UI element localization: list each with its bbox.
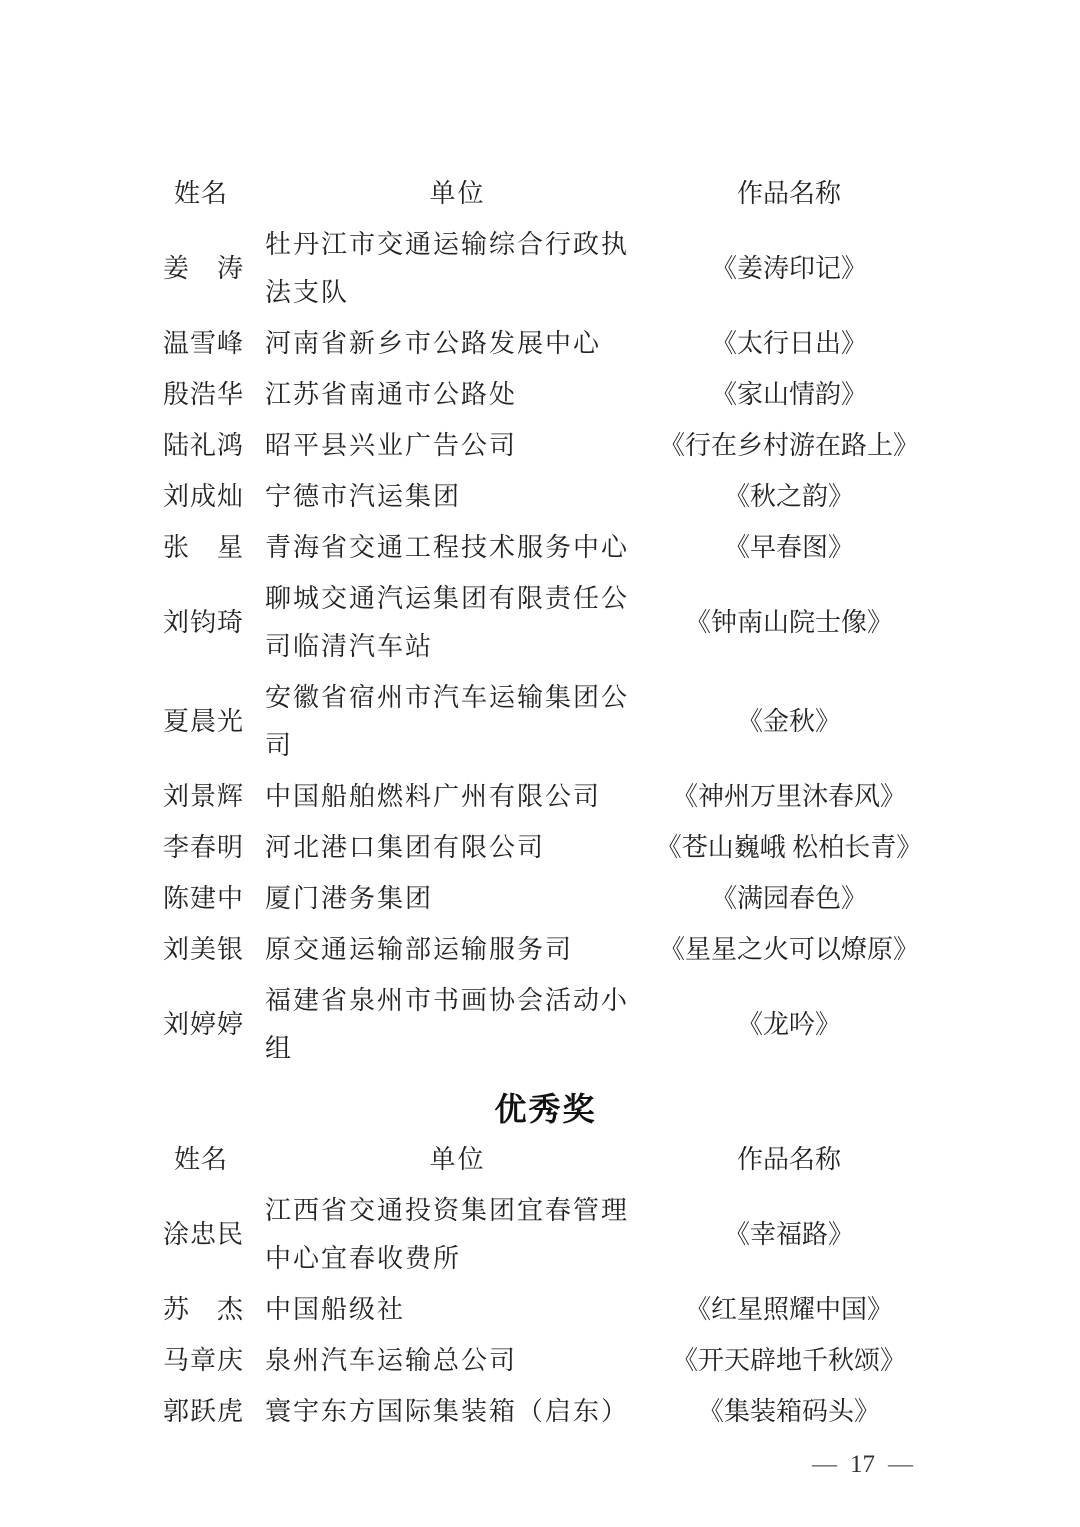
section-heading-excellence-award: 优秀奖 xyxy=(163,1085,928,1133)
page-number: 17 xyxy=(850,1450,875,1480)
unit-cell: 河北港口集团有限公司 xyxy=(265,824,650,872)
table-row: 刘美银 原交通运输部运输服务司 《星星之火可以燎原》 xyxy=(163,926,928,974)
work-title-cell: 《星星之火可以燎原》 xyxy=(650,926,928,974)
document-page: 姓名 单位 作品名称 姜 涛 牡丹江市交通运输综合行政执法支队 《姜涛印记》 温… xyxy=(0,0,1080,1527)
column-header-name: 姓名 xyxy=(163,1136,265,1184)
table-row: 陆礼鸿 昭平县兴业广告公司 《行在乡村游在路上》 xyxy=(163,422,928,470)
unit-cell: 昭平县兴业广告公司 xyxy=(265,422,650,470)
table-row: 刘婷婷 福建省泉州市书画协会活动小组 《龙吟》 xyxy=(163,977,928,1073)
name-cell: 夏晨光 xyxy=(163,698,265,746)
table-row: 涂忠民 江西省交通投资集团宜春管理中心宜春收费所 《幸福路》 xyxy=(163,1187,928,1283)
unit-cell: 江西省交通投资集团宜春管理中心宜春收费所 xyxy=(265,1187,650,1283)
unit-cell: 原交通运输部运输服务司 xyxy=(265,926,650,974)
work-title-cell: 《太行日出》 xyxy=(650,320,928,368)
unit-cell: 福建省泉州市书画协会活动小组 xyxy=(265,977,650,1073)
award-table-first: 姓名 单位 作品名称 姜 涛 牡丹江市交通运输综合行政执法支队 《姜涛印记》 温… xyxy=(163,170,928,1073)
name-cell: 温雪峰 xyxy=(163,320,265,368)
column-header-work: 作品名称 xyxy=(650,170,928,218)
name-cell: 刘美银 xyxy=(163,926,265,974)
table-row: 陈建中 厦门港务集团 《满园春色》 xyxy=(163,875,928,923)
work-title-cell: 《秋之韵》 xyxy=(650,473,928,521)
page-content: 姓名 单位 作品名称 姜 涛 牡丹江市交通运输综合行政执法支队 《姜涛印记》 温… xyxy=(163,170,928,1480)
work-title-cell: 《苍山巍峨 松柏长青》 xyxy=(650,824,928,872)
name-cell: 刘景辉 xyxy=(163,773,265,821)
table-row: 刘钧琦 聊城交通汽运集团有限责任公司临清汽车站 《钟南山院士像》 xyxy=(163,575,928,671)
unit-cell: 泉州汽车运输总公司 xyxy=(265,1337,650,1385)
table-row: 苏 杰 中国船级社 《红星照耀中国》 xyxy=(163,1286,928,1334)
footer-dash-right: — xyxy=(888,1450,913,1480)
unit-cell: 中国船级社 xyxy=(265,1286,650,1334)
work-title-cell: 《幸福路》 xyxy=(650,1211,928,1259)
table-row: 李春明 河北港口集团有限公司 《苍山巍峨 松柏长青》 xyxy=(163,824,928,872)
column-header-unit: 单位 xyxy=(265,1136,650,1184)
unit-cell: 中国船舶燃料广州有限公司 xyxy=(265,773,650,821)
name-cell: 张 星 xyxy=(163,524,265,572)
work-title-cell: 《满园春色》 xyxy=(650,875,928,923)
table-header-row: 姓名 单位 作品名称 xyxy=(163,170,928,218)
table-row: 夏晨光 安徽省宿州市汽车运输集团公司 《金秋》 xyxy=(163,674,928,770)
work-title-cell: 《早春图》 xyxy=(650,524,928,572)
work-title-cell: 《龙吟》 xyxy=(650,1001,928,1049)
footer-dash-left: — xyxy=(812,1450,837,1480)
unit-cell: 厦门港务集团 xyxy=(265,875,650,923)
work-title-cell: 《姜涛印记》 xyxy=(650,245,928,293)
work-title-cell: 《钟南山院士像》 xyxy=(650,599,928,647)
award-table-excellence: 姓名 单位 作品名称 涂忠民 江西省交通投资集团宜春管理中心宜春收费所 《幸福路… xyxy=(163,1136,928,1436)
page-footer: — 17 — xyxy=(163,1450,928,1480)
work-title-cell: 《行在乡村游在路上》 xyxy=(650,422,928,470)
name-cell: 马章庆 xyxy=(163,1337,265,1385)
work-title-cell: 《集装箱码头》 xyxy=(650,1388,928,1436)
table-row: 郭跃虎 寰宇东方国际集装箱（启东） 《集装箱码头》 xyxy=(163,1388,928,1436)
name-cell: 刘钧琦 xyxy=(163,599,265,647)
table-row: 刘成灿 宁德市汽运集团 《秋之韵》 xyxy=(163,473,928,521)
work-title-cell: 《家山情韵》 xyxy=(650,371,928,419)
unit-cell: 青海省交通工程技术服务中心 xyxy=(265,524,650,572)
table-row: 殷浩华 江苏省南通市公路处 《家山情韵》 xyxy=(163,371,928,419)
work-title-cell: 《开天辟地千秋颂》 xyxy=(650,1337,928,1385)
table-row: 马章庆 泉州汽车运输总公司 《开天辟地千秋颂》 xyxy=(163,1337,928,1385)
name-cell: 涂忠民 xyxy=(163,1211,265,1259)
name-cell: 姜 涛 xyxy=(163,245,265,293)
name-cell: 李春明 xyxy=(163,824,265,872)
table-row: 张 星 青海省交通工程技术服务中心 《早春图》 xyxy=(163,524,928,572)
name-cell: 刘婷婷 xyxy=(163,1001,265,1049)
unit-cell: 宁德市汽运集团 xyxy=(265,473,650,521)
work-title-cell: 《金秋》 xyxy=(650,698,928,746)
table-row: 温雪峰 河南省新乡市公路发展中心 《太行日出》 xyxy=(163,320,928,368)
work-title-cell: 《红星照耀中国》 xyxy=(650,1286,928,1334)
unit-cell: 江苏省南通市公路处 xyxy=(265,371,650,419)
unit-cell: 寰宇东方国际集装箱（启东） xyxy=(265,1388,650,1436)
name-cell: 陈建中 xyxy=(163,875,265,923)
name-cell: 郭跃虎 xyxy=(163,1388,265,1436)
table-header-row: 姓名 单位 作品名称 xyxy=(163,1136,928,1184)
name-cell: 苏 杰 xyxy=(163,1286,265,1334)
work-title-cell: 《神州万里沐春风》 xyxy=(650,773,928,821)
name-cell: 刘成灿 xyxy=(163,473,265,521)
column-header-unit: 单位 xyxy=(265,170,650,218)
name-cell: 殷浩华 xyxy=(163,371,265,419)
table-row: 姜 涛 牡丹江市交通运输综合行政执法支队 《姜涛印记》 xyxy=(163,221,928,317)
unit-cell: 牡丹江市交通运输综合行政执法支队 xyxy=(265,221,650,317)
column-header-work: 作品名称 xyxy=(650,1136,928,1184)
unit-cell: 安徽省宿州市汽车运输集团公司 xyxy=(265,674,650,770)
column-header-name: 姓名 xyxy=(163,170,265,218)
name-cell: 陆礼鸿 xyxy=(163,422,265,470)
unit-cell: 聊城交通汽运集团有限责任公司临清汽车站 xyxy=(265,575,650,671)
unit-cell: 河南省新乡市公路发展中心 xyxy=(265,320,650,368)
table-row: 刘景辉 中国船舶燃料广州有限公司 《神州万里沐春风》 xyxy=(163,773,928,821)
